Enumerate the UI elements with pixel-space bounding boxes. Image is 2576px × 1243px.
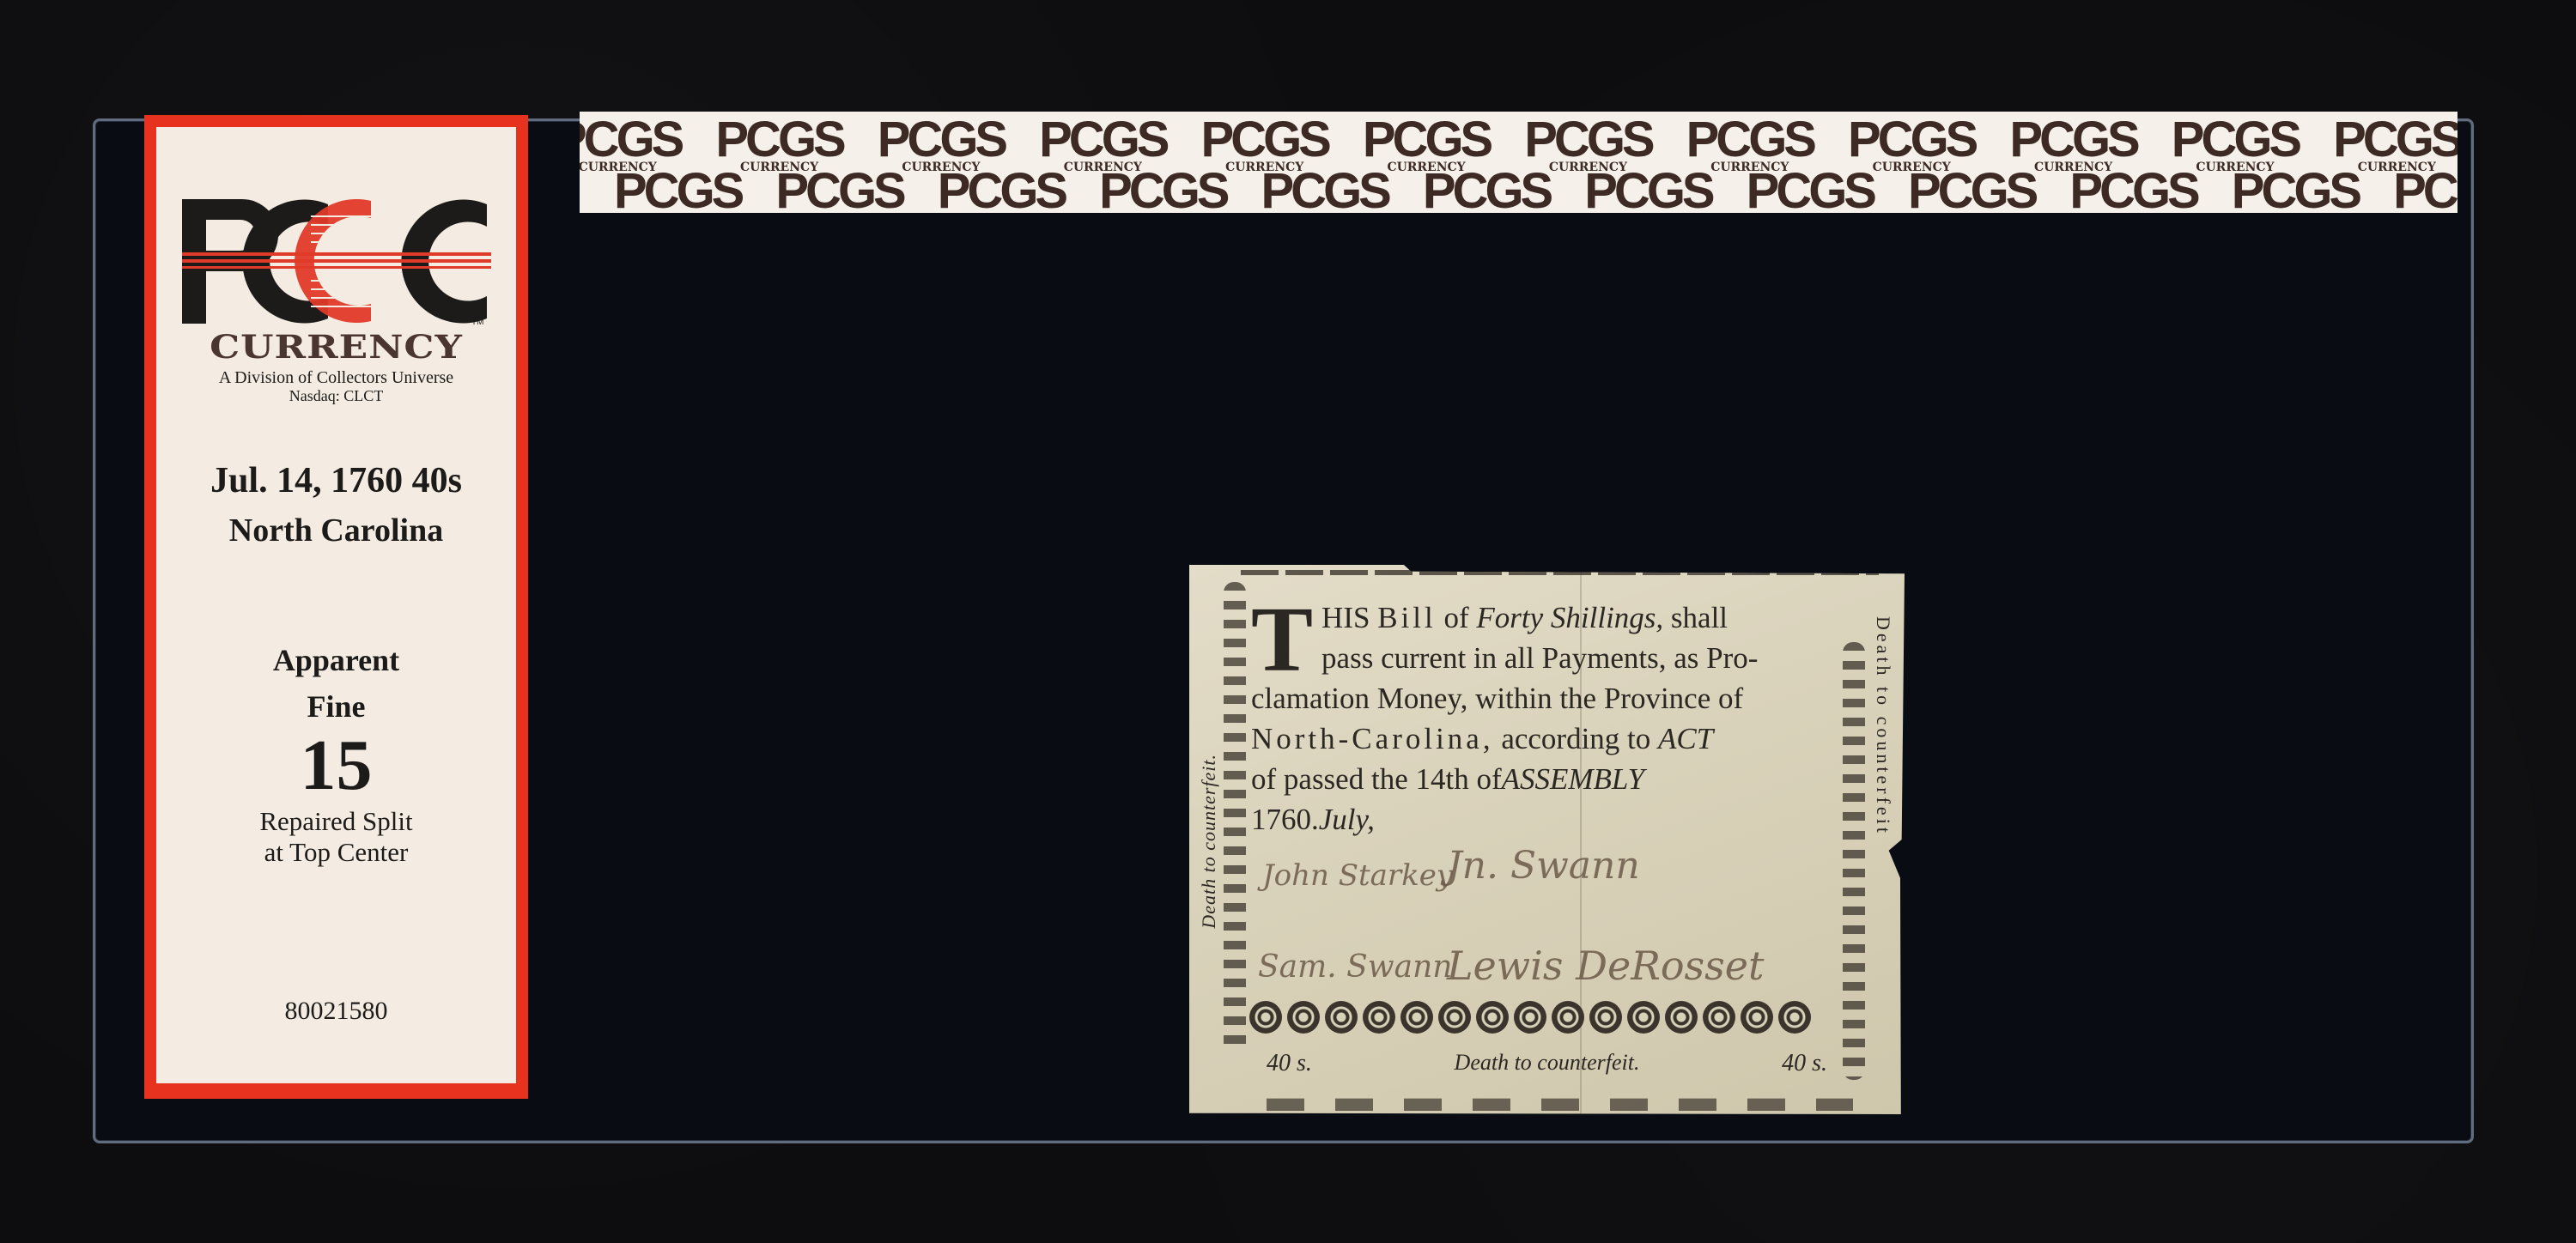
note-line: 1760.July,: [1251, 799, 1835, 840]
rosette-ornament: [1703, 1001, 1735, 1034]
note-region: North Carolina: [229, 512, 443, 549]
rosette-ornament: [1741, 1001, 1773, 1034]
note-bottom-line: 40 s. Death to counterfeit. 40 s.: [1267, 1050, 1827, 1077]
rosette-ornament: [1363, 1001, 1395, 1034]
rosette-ornament: [1438, 1001, 1471, 1034]
note-left-border: Death to counterfeit.: [1198, 582, 1224, 1097]
division-text: A Division of Collectors Universe: [219, 368, 453, 387]
grade-comment: Repaired Split at Top Center: [259, 806, 412, 868]
rosette-ornament: [1627, 1001, 1660, 1034]
pcgs-strip-mark: PCGSCURRENCY: [938, 170, 1065, 213]
signature: Jn. Swann: [1447, 844, 1640, 888]
bottom-warning: Death to counterfeit.: [1455, 1050, 1640, 1077]
grade-label-inner: TM CURRENCY A Division of Collectors Uni…: [156, 127, 516, 1083]
right-border-text: Death to counterfeit: [1872, 616, 1894, 836]
trademark: TM: [471, 318, 483, 327]
comment-line-1: Repaired Split: [259, 806, 412, 837]
pcgs-logo-icon: [182, 199, 491, 324]
rosette-ornament: [1552, 1001, 1584, 1034]
note-line: pass current in all Payments, as Pro-: [1251, 638, 1835, 678]
note-line: HIS Bill of Forty Shillings, shall: [1251, 597, 1835, 638]
signature: John Starkey: [1262, 858, 1453, 893]
pcgs-strip-mark: PCGSCURRENCY: [2393, 170, 2458, 213]
rosette-row: [1249, 1001, 1833, 1034]
rosette-ornament: [1400, 1001, 1433, 1034]
brand-subtitle: CURRENCY: [210, 331, 463, 363]
grade-label: TM CURRENCY A Division of Collectors Uni…: [144, 115, 528, 1099]
rosette-ornament: [1514, 1001, 1546, 1034]
denomination-right: 40 s.: [1782, 1050, 1827, 1077]
signature: Lewis DeRosset: [1447, 943, 1764, 989]
rosette-ornament: [1476, 1001, 1509, 1034]
note-lines: HIS Bill of Forty Shillings, shallpass c…: [1251, 597, 1835, 840]
pcgs-strip-mark: PCGSCURRENCY: [614, 170, 741, 213]
rosette-ornament: [1249, 1001, 1282, 1034]
denomination-left: 40 s.: [1267, 1050, 1312, 1077]
pcgs-strip-mark: PCGSCURRENCY: [1099, 170, 1226, 213]
pcgs-strip-mark: PCGSCURRENCY: [1908, 170, 2035, 213]
security-strip: PCGSCURRENCYPCGSCURRENCYPCGSCURRENCYPCGS…: [580, 112, 2458, 213]
pcgs-strip-mark: PCGSCURRENCY: [2232, 170, 2359, 213]
rosette-ornament: [1325, 1001, 1358, 1034]
rosette-ornament: [1778, 1001, 1811, 1034]
note-line: North-Carolina, according to ACT: [1251, 719, 1835, 759]
pcgs-strip-mark: PCGSCURRENCY: [1423, 170, 1550, 213]
note-line: of passed the 14th ofASSEMBLY: [1251, 759, 1835, 799]
note-title: Jul. 14, 1760 40s: [210, 461, 462, 500]
pcgs-strip-mark: PCGSCURRENCY: [1261, 170, 1388, 213]
grade-name: Fine: [307, 689, 366, 724]
pcgs-strip-mark: PCGSCURRENCY: [1747, 170, 1874, 213]
rosette-ornament: [1287, 1001, 1320, 1034]
left-chain-ornament: [1224, 582, 1246, 1054]
exchange-text: Nasdaq: CLCT: [289, 387, 384, 404]
drop-cap: T: [1251, 603, 1313, 678]
grade-qualifier: Apparent: [273, 643, 399, 677]
note-text: T HIS Bill of Forty Shillings, shallpass…: [1251, 597, 1835, 840]
left-border-text: Death to counterfeit.: [1198, 754, 1220, 929]
pcgs-strip-mark: PCGSCURRENCY: [2069, 170, 2196, 213]
rosette-ornament: [1665, 1001, 1698, 1034]
note-line: clamation Money, within the Province of: [1251, 678, 1835, 719]
security-strip-row: PCGSCURRENCYPCGSCURRENCYPCGSCURRENCYPCGS…: [614, 170, 2458, 213]
grade-number: 15: [301, 729, 373, 803]
note-bottom-border: [1267, 1090, 1853, 1111]
pcgs-strip-mark: PCGSCURRENCY: [775, 170, 902, 213]
signature: Sam. Swann: [1258, 949, 1452, 985]
rosette-ornament: [1589, 1001, 1622, 1034]
note-right-border: Death to counterfeit: [1872, 616, 1898, 977]
cert-number: 80021580: [285, 997, 388, 1026]
banknote: Death to counterfeit. Death to counterfe…: [1189, 565, 1905, 1114]
right-chain-ornament: [1843, 642, 1865, 1080]
pcgs-strip-mark: PCGSCURRENCY: [1584, 170, 1711, 213]
pcgs-logo: TM: [182, 199, 491, 324]
comment-line-2: at Top Center: [259, 837, 412, 868]
